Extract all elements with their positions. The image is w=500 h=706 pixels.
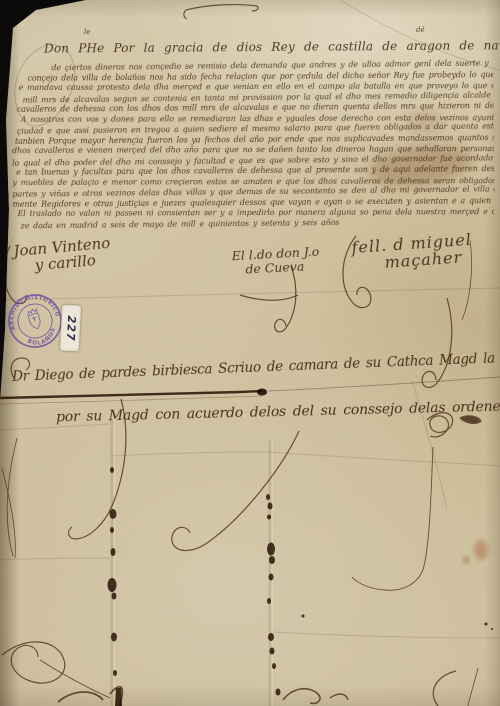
top-cut-flourish — [186, 5, 258, 11]
fold-ink-blob — [257, 389, 267, 396]
fold-stain — [110, 467, 114, 473]
fold-stain — [110, 509, 117, 519]
fold-stain — [113, 670, 117, 676]
scan-background: le dē Don PHe Por la gracia de dios Rey … — [0, 0, 500, 706]
annotation-bold-accent — [460, 416, 481, 424]
signature-right: fell. d miguel maçaher — [351, 230, 474, 274]
fold-stain — [269, 556, 275, 564]
signature-name: de Cueva — [232, 258, 320, 278]
hairline-flourish — [2, 468, 15, 558]
manuscript-body-text: de çiertos dineros nos conçedio se remis… — [11, 59, 494, 231]
manuscript-page: le dē Don PHe Por la gracia de dios Rey … — [0, 0, 500, 706]
archive-number-label: 227 — [60, 305, 81, 352]
fold-stain — [112, 593, 117, 600]
fold-stain — [110, 527, 114, 533]
fold-stain — [267, 543, 275, 556]
crest-detail — [32, 316, 37, 322]
crease-line — [0, 558, 110, 560]
signature-rubric — [240, 295, 298, 300]
manuscript-line: El traslado no valan ni passen ni consie… — [13, 207, 495, 219]
inked-fold-line-faint — [268, 377, 500, 391]
signature-rubric — [275, 266, 296, 332]
fold-stain — [267, 598, 271, 604]
bottom-cut-stroke — [433, 671, 456, 706]
bottom-cut-stroke — [110, 687, 122, 706]
bottom-ink-blob — [115, 688, 122, 706]
fold-stain — [270, 648, 275, 655]
superscript-mark: le — [84, 28, 90, 36]
fold-stain — [108, 578, 117, 592]
crease-line — [110, 452, 500, 466]
ink-speck — [485, 623, 488, 626]
fold-stain — [266, 494, 270, 500]
fold-stains-group — [108, 467, 494, 696]
stamp-crest-icon — [27, 308, 43, 330]
signature-rubric — [422, 298, 452, 387]
bottom-cut-stroke — [283, 689, 320, 704]
crest-shield — [28, 313, 42, 330]
descender-flourish — [172, 431, 299, 551]
fold-stain — [272, 663, 276, 669]
superscript-mark: dē — [416, 26, 425, 34]
crease-line — [270, 632, 500, 638]
scribe-annotation-line1: Dr Diego de pardes birbiesca Scriuo de c… — [12, 347, 500, 385]
fold-stain — [111, 633, 117, 642]
bottom-cut-hairline — [468, 668, 478, 706]
archive-number-text: 227 — [63, 315, 77, 342]
top-cut-flourish — [184, 10, 187, 19]
fold-stain — [268, 503, 273, 510]
inked-fold-line-faint — [0, 396, 262, 404]
annotation-knot-flourish — [427, 413, 453, 437]
fold-stain — [276, 689, 281, 696]
hairline-flourish — [7, 438, 17, 556]
signature-left: Joan Vinteno y carillo — [13, 234, 113, 276]
ink-speck — [491, 628, 493, 630]
fold-stain — [267, 515, 271, 520]
crease-line — [0, 288, 500, 300]
signature-middle: El l.do don J.o de Cueva — [231, 244, 320, 278]
bottom-loop-tail — [40, 660, 110, 698]
bottom-loop-flourish — [2, 642, 65, 683]
bottom-cut-stroke — [58, 692, 103, 702]
ink-speck — [302, 615, 305, 618]
crease-line — [0, 424, 110, 430]
scribe-annotation-line2: por su Magd con acuerdo delos del su con… — [56, 398, 500, 425]
inked-fold-line — [0, 391, 262, 398]
rust-spot — [474, 540, 488, 560]
long-descender-flourish — [352, 447, 433, 590]
fold-stain — [269, 574, 274, 581]
opening-line: Don PHe Por la gracia de dios Rey de cas… — [44, 38, 494, 55]
fold-stain — [268, 633, 274, 641]
crest-crown — [27, 308, 38, 315]
bottom-cut-stroke — [330, 694, 348, 700]
rust-spot-small — [462, 556, 470, 564]
fold-stain — [111, 548, 116, 556]
